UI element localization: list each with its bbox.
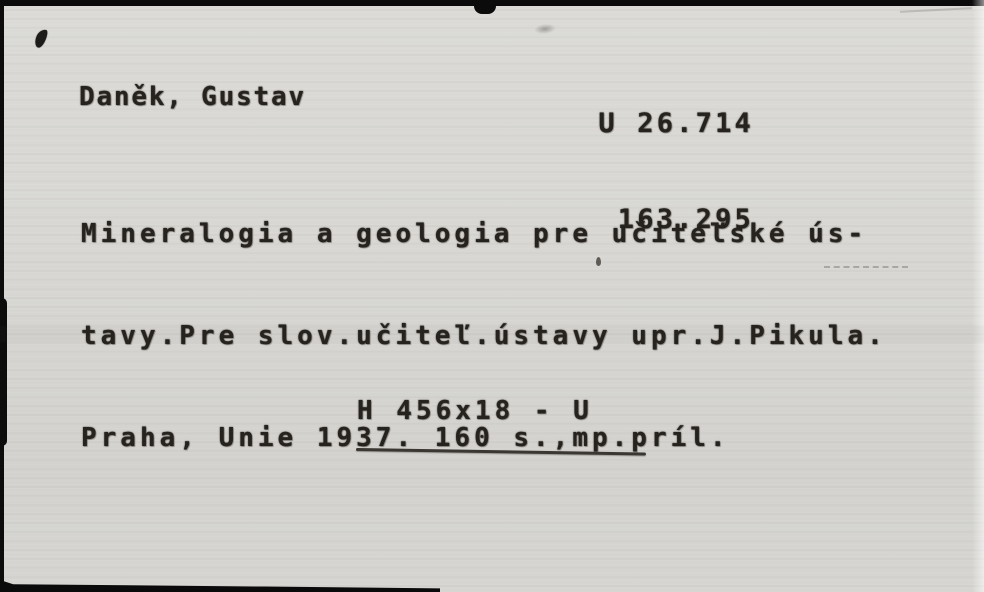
scan-edge-bottom xyxy=(0,579,440,592)
faint-scratch-mark xyxy=(900,7,972,13)
scan-edge-top-notch xyxy=(474,4,496,14)
ink-blot-mark xyxy=(34,28,49,49)
pencil-smudge xyxy=(534,23,557,35)
scan-edge-right-highlight xyxy=(972,0,984,592)
catalog-card-scan: U 26.714 163.295 Daněk, Gustav Mineralog… xyxy=(0,0,984,592)
signature-line: H 456x18 - U xyxy=(357,396,593,426)
scan-edge-left-bulge xyxy=(0,298,7,446)
title-line-1: Mineralogia a geologia pre učiteľské ús- xyxy=(81,217,887,251)
title-block: Mineralogia a geologia pre učiteľské ús-… xyxy=(81,149,887,523)
author-heading: Daněk, Gustav xyxy=(79,82,306,112)
shelf-mark-line1: U 26.714 xyxy=(582,108,754,140)
title-line-2: tavy.Pre slov.učiteľ.ústavy upr.J.Pikula… xyxy=(81,319,887,353)
scan-edge-left xyxy=(0,0,4,592)
